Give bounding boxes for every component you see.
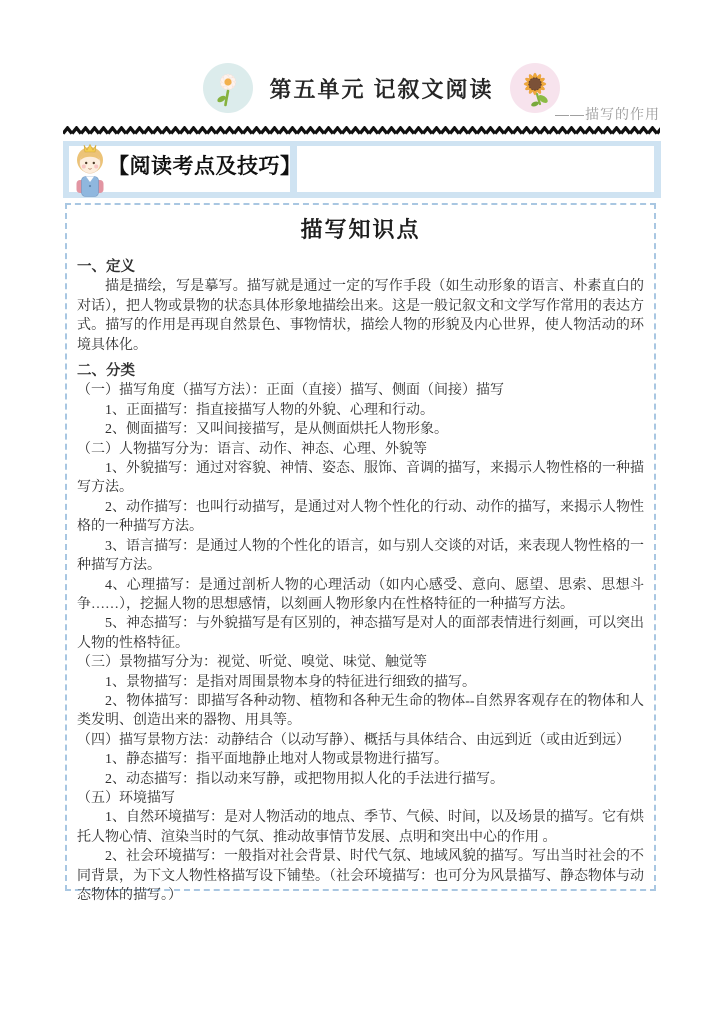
- content-paragraph: 1、正面描写：指直接描写人物的外貌、心理和行动。: [77, 401, 644, 420]
- content-paragraph: 5、神态描写：与外貌描写是有区别的，神态描写是对人的面部表情进行刻画，可以突出人…: [77, 614, 644, 653]
- content-paragraph: 1、景物描写：是指对周围景物本身的特征进行细致的描写。: [77, 673, 644, 692]
- content-paragraph: （五）环境描写: [77, 789, 644, 808]
- knowledge-paragraphs: 一、定义描是描绘，写是摹写。描写就是通过一定的写作手段（如生动形象的语言、朴素直…: [77, 258, 644, 905]
- content-paragraph: 2、社会环境描写：一般指对社会背景、时代气氛、地域风貌的描写。写出当时社会的不同…: [77, 847, 644, 905]
- unit-title: 第五单元 记叙文阅读: [269, 73, 493, 104]
- daisy-flower-icon: [203, 63, 253, 113]
- zigzag-divider: [63, 123, 660, 133]
- content-paragraph: （二）人物描写分为：语言、动作、神态、心理、外貌等: [77, 440, 644, 459]
- worksheet-page: 第五单元 记叙文阅读: [0, 0, 724, 1024]
- content-paragraph: 二、分类: [77, 362, 644, 381]
- content-paragraph: 2、侧面描写：又叫间接描写，是从侧面烘托人物形象。: [77, 420, 644, 439]
- content-paragraph: 2、动作描写：也叫行动描写，是通过对人物个性化的行动、动作的描写，来揭示人物性格…: [77, 498, 644, 537]
- content-paragraph: 一、定义: [77, 258, 644, 277]
- knowledge-title: 描写知识点: [77, 213, 644, 244]
- content-paragraph: 描是描绘，写是摹写。描写就是通过一定的写作手段（如生动形象的语言、朴素直白的对话…: [77, 277, 644, 355]
- content-paragraph: （三）景物描写分为：视觉、听觉、嗅觉、味觉、触觉等: [77, 653, 644, 672]
- content-paragraph: 2、动态描写：指以动来写静，或把物用拟人化的手法进行描写。: [77, 770, 644, 789]
- content-paragraph: （一）描写角度（描写方法）：正面（直接）描写、侧面（间接）描写: [77, 381, 644, 400]
- subtitle: ——描写的作用: [555, 104, 660, 124]
- content-paragraph: 1、静态描写：指平面地静止地对人物或景物进行描写。: [77, 750, 644, 769]
- content-paragraph: 4、心理描写：是通过剖析人物的心理活动（如内心感受、意向、愿望、思索、思想斗争……: [77, 576, 644, 615]
- banner-empty-box: [297, 146, 654, 192]
- knowledge-box: 描写知识点 一、定义描是描绘，写是摹写。描写就是通过一定的写作手段（如生动形象的…: [65, 203, 656, 891]
- section-banner: 【阅读考点及技巧】: [63, 141, 661, 198]
- content-paragraph: （四）描写景物方法：动静结合（以动写静）、概括与具体结合、由远到近（或由近到远）: [77, 731, 644, 750]
- content-paragraph: 1、外貌描写：通过对容貌、神情、姿态、服饰、音调的描写，来揭示人物性格的一种描写…: [77, 459, 644, 498]
- child-avatar-icon: [70, 143, 110, 200]
- content-paragraph: 1、自然环境描写：是对人物活动的地点、季节、气候、时间，以及场景的描写。它有烘托…: [77, 808, 644, 847]
- sunflower-icon: [510, 63, 560, 113]
- content-paragraph: 3、语言描写：是通过人物的个性化的语言，如与别人交谈的对话，来表现人物性格的一种…: [77, 537, 644, 576]
- content-paragraph: 2、物体描写：即描写各种动物、植物和各种无生命的物体--自然界客观存在的物体和人…: [77, 692, 644, 731]
- banner-label: 【阅读考点及技巧】: [108, 141, 302, 198]
